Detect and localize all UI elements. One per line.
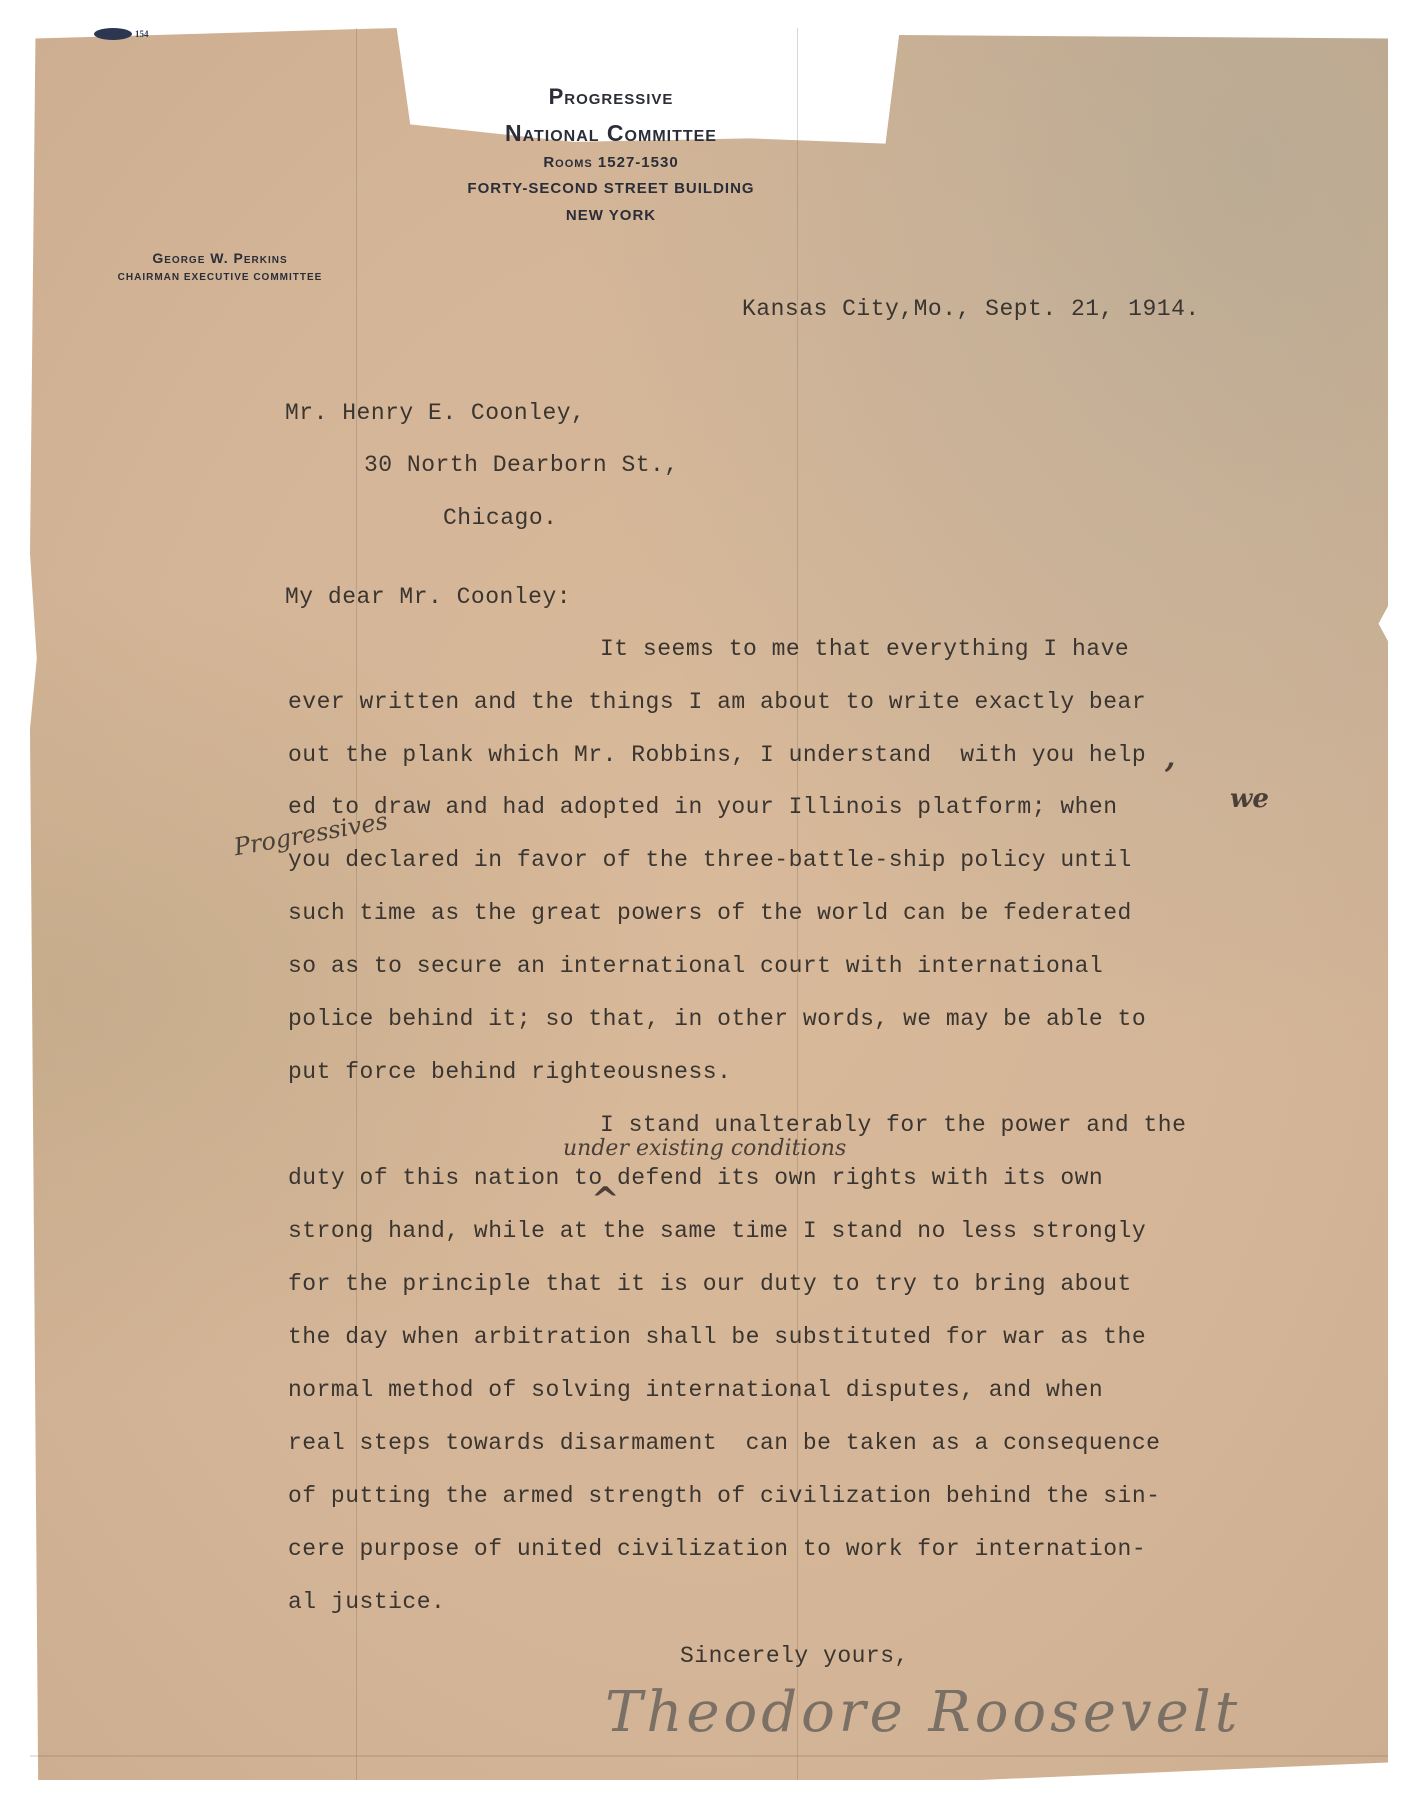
sender-title: CHAIRMAN EXECUTIVE COMMITTEE	[70, 272, 370, 283]
addressee-street: 30 North Dearborn St.,	[364, 452, 679, 478]
letterhead-line-1: Progressive	[0, 84, 1322, 110]
body-line: you declared in favor of the three-battl…	[288, 847, 1132, 873]
body-line: ever written and the things I am about t…	[288, 689, 1146, 715]
body-line: ed to draw and had adopted in your Illin…	[288, 794, 1118, 820]
fold-crease	[30, 1755, 1388, 1757]
body-line: strong hand, while at the same time I st…	[288, 1218, 1146, 1244]
body-line: police behind it; so that, in other word…	[288, 1006, 1146, 1032]
body-line: for the principle that it is our duty to…	[288, 1271, 1132, 1297]
body-line: It seems to me that everything I have	[600, 636, 1129, 662]
addressee-city: Chicago.	[443, 505, 557, 531]
salutation: My dear Mr. Coonley:	[285, 584, 571, 610]
body-line: out the plank which Mr. Robbins, I under…	[288, 742, 1146, 768]
letterhead-building: FORTY-SECOND STREET BUILDING	[0, 180, 1322, 197]
handwritten-we: we	[1230, 784, 1269, 814]
union-bug-icon	[94, 28, 132, 40]
body-line: real steps towards disarmament can be ta…	[288, 1430, 1160, 1456]
body-line: so as to secure an international court w…	[288, 953, 1103, 979]
body-line: duty of this nation to defend its own ri…	[288, 1165, 1103, 1191]
letterhead-rooms: Rooms 1527-1530	[0, 154, 1322, 171]
body-line: such time as the great powers of the wor…	[288, 900, 1132, 926]
printer-stamp: 154	[94, 28, 149, 40]
letterhead-line-2: National Committee	[0, 120, 1322, 147]
sender-name: George W. Perkins	[70, 250, 370, 266]
signature: Theodore Roosevelt	[605, 1680, 1241, 1745]
handwritten-comma: ,	[1165, 740, 1175, 775]
body-line: put force behind righteousness.	[288, 1059, 731, 1085]
body-line: of putting the armed strength of civiliz…	[288, 1483, 1160, 1509]
letterhead-city: NEW YORK	[0, 207, 1322, 224]
handwritten-under-existing-conditions: under existing conditions	[563, 1136, 846, 1161]
body-line: I stand unalterably for the power and th…	[600, 1112, 1186, 1138]
dateline: Kansas City,Mo., Sept. 21, 1914.	[742, 296, 1200, 322]
addressee-name: Mr. Henry E. Coonley,	[285, 400, 585, 426]
handwritten-caret: ^	[591, 1180, 620, 1220]
body-line: normal method of solving international d…	[288, 1377, 1103, 1403]
body-line: cere purpose of united civilization to w…	[288, 1536, 1146, 1562]
closing: Sincerely yours,	[680, 1643, 909, 1669]
body-line: al justice.	[288, 1589, 445, 1615]
stamp-number: 154	[135, 29, 149, 39]
body-line: the day when arbitration shall be substi…	[288, 1324, 1146, 1350]
